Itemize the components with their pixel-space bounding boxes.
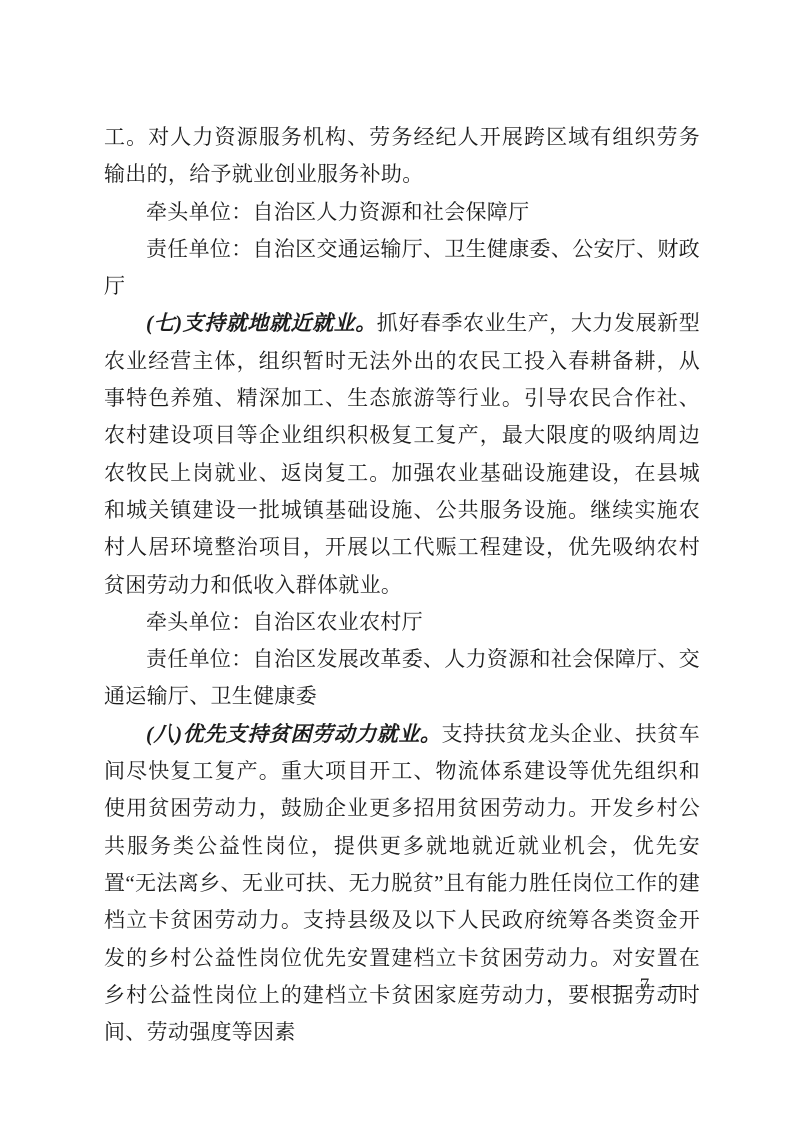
item-seven-paragraph: (七)支持就地就近就业。抓好春季农业生产，大力发展新型农业经营主体，组织暂时无法…: [104, 305, 700, 603]
page-number: — 7 —: [608, 972, 683, 1000]
document-page: 工。对人力资源服务机构、劳务经纪人开展跨区域有组织劳务输出的，给予就业创业服务补…: [0, 0, 793, 1122]
paragraph-continuation: 工。对人力资源服务机构、劳务经纪人开展跨区域有组织劳务输出的，给予就业创业服务补…: [104, 119, 700, 194]
responsible-unit-line-a: 责任单位：自治区交通运输厅、卫生健康委、公安厅、财政厅: [104, 231, 700, 306]
item-eight-paragraph: (八)优先支持贫困劳动力就业。支持扶贫龙头企业、扶贫车间尽快复工复产。重大项目开…: [104, 716, 700, 1052]
item-seven-heading: (七)支持就地就近就业。: [146, 311, 377, 335]
lead-unit-line-b: 牵头单位：自治区农业农村厅: [104, 604, 700, 641]
item-eight-heading: (八)优先支持贫困劳动力就业。: [146, 722, 441, 746]
document-body: 工。对人力资源服务机构、劳务经纪人开展跨区域有组织劳务输出的，给予就业创业服务补…: [104, 119, 700, 1051]
responsible-unit-line-b: 责任单位：自治区发展改革委、人力资源和社会保障厅、交通运输厅、卫生健康委: [104, 641, 700, 716]
lead-unit-line-a: 牵头单位：自治区人力资源和社会保障厅: [104, 194, 700, 231]
item-seven-body: 抓好春季农业生产，大力发展新型农业经营主体，组织暂时无法外出的农民工投入春耕备耕…: [104, 311, 700, 596]
